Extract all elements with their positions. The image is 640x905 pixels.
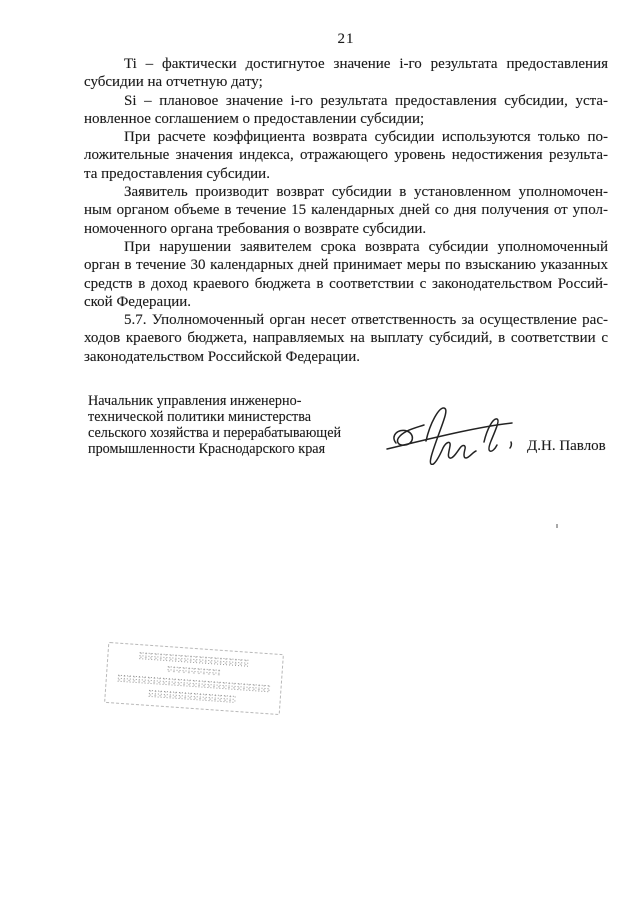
text-line: Si – плановое значение i-го результата п… [84,92,608,110]
signatory-title-line: Начальник управления инженерно- [88,394,378,410]
text-line: та предоставления субсидии. [84,165,608,183]
text-line: ным органом объеме в течение 15 календар… [84,201,608,219]
text-line: законодательством Российской Федерации. [84,348,608,366]
stamp-text-line [147,689,236,703]
text-line: ходов краевого бюджета, направляемых на … [84,329,608,347]
page-number: 21 [84,31,608,48]
paragraph: При расчете коэффициента возврата субсид… [84,128,608,183]
text-line: Заявитель производит возврат субсидии в … [84,183,608,201]
stamp-text-line [117,674,270,693]
official-stamp [104,642,284,715]
text-line: номоченного органа требования о возврате… [84,220,608,238]
signatory-title-line: промышленности Краснодарского края [88,442,378,458]
paragraph: Заявитель производит возврат субсидии в … [84,183,608,238]
handwritten-signature [380,397,522,465]
text-line: ложительные значения индекса, отражающег… [84,146,608,164]
body-text: Ti – фактически достигнутое значение i-г… [84,55,608,366]
paragraph: Si – плановое значение i-го результата п… [84,92,608,129]
text-line: ской Федерации. [84,293,608,311]
ink-speck [556,524,558,528]
paragraph: 5.7. Уполномоченный орган несет ответств… [84,311,608,366]
text-line: новленное соглашением о предоставлении с… [84,110,608,128]
text-line: субсидии на отчетную дату; [84,73,608,91]
signatory-name: Д.Н. Павлов [527,438,606,455]
stamp-text-line [138,651,250,667]
signatory-title-line: сельского хозяйства и перерабатывающей [88,426,378,442]
text-line: орган в течение 30 календарных дней прин… [84,256,608,274]
signatory-title-line: технической политики министерства [88,410,378,426]
text-line: 5.7. Уполномоченный орган несет ответств… [84,311,608,329]
text-line: При расчете коэффициента возврата субсид… [84,128,608,146]
paragraph: Ti – фактически достигнутое значение i-г… [84,55,608,92]
signatory-title: Начальник управления инженерно- техничес… [88,394,378,458]
text-line: средств в доход краевого бюджета в соотв… [84,275,608,293]
scanned-document-page: 21 Ti – фактически достигнутое значение … [0,0,640,905]
stamp-text-line [167,665,221,676]
paragraph: При нарушении заявителем срока возврата … [84,238,608,311]
text-line: Ti – фактически достигнутое значение i-г… [84,55,608,73]
text-line: При нарушении заявителем срока возврата … [84,238,608,256]
